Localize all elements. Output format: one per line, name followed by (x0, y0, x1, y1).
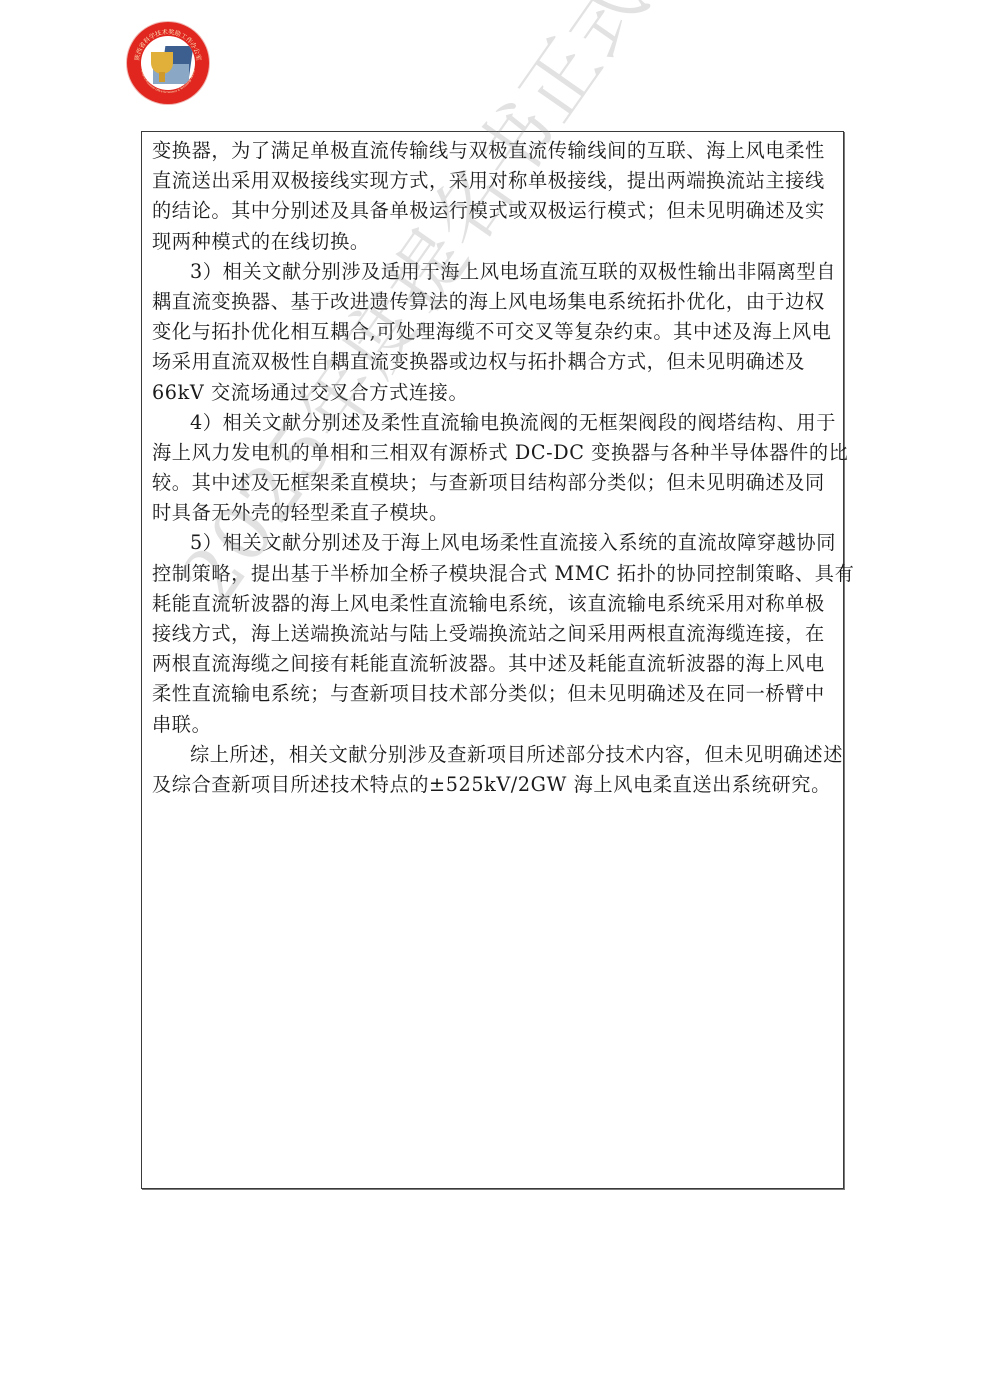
text-line: 现两种模式的在线切换。 (152, 227, 836, 257)
organization-seal: 陕西省科学技术奖励工作办公室 Shaanxi Provincial Office… (127, 22, 209, 104)
text-line: 接线方式，海上送端换流站与陆上受端换流站之间采用两根直流海缆连接，在 (152, 619, 836, 649)
text-line: 时具备无外壳的轻型柔直子模块。 (152, 498, 836, 528)
text-line: 变换器，为了满足单极直流传输线与双极直流传输线间的互联、海上风电柔性 (152, 136, 836, 166)
text-line: 直流送出采用双极接线实现方式，采用对称单极接线，提出两端换流站主接线 (152, 166, 836, 196)
text-line: 耦直流变换器、基于改进遗传算法的海上风电场集电系统拓扑优化，由于边权 (152, 287, 836, 317)
text-line: 两根直流海缆之间接有耗能直流斩波器。其中述及耗能直流斩波器的海上风电 (152, 649, 836, 679)
text-line: 柔性直流输电系统；与查新项目技术部分类似；但未见明确述及在同一桥臂中 (152, 679, 836, 709)
seal-text-top: 陕西省科学技术奖励工作办公室 (133, 28, 203, 61)
seal-text-bottom: Shaanxi Provincial Office for Science & … (140, 69, 196, 94)
text-line: 较。其中述及无框架柔直模块；与查新项目结构部分类似；但未见明确述及同 (152, 468, 836, 498)
text-line: 66kV 交流场通过交叉合方式连接。 (152, 378, 836, 408)
text-line: 控制策略，提出基于半桥加全桥子模块混合式 MMC 拓扑的协同控制策略、具有 (152, 559, 836, 589)
seal-ring-text: 陕西省科学技术奖励工作办公室 Shaanxi Provincial Office… (127, 22, 209, 104)
text-line: 的结论。其中分别述及具备单极运行模式或双极运行模式；但未见明确述及实 (152, 196, 836, 226)
paragraph-3-start: 3）相关文献分别涉及适用于海上风电场直流互联的双极性输出非隔离型自 (152, 257, 836, 287)
paragraph-5-start: 5）相关文献分别述及于海上风电场柔性直流接入系统的直流故障穿越协同 (152, 528, 836, 558)
svg-text:Shaanxi Provincial Office for: Shaanxi Provincial Office for Science & … (140, 69, 196, 94)
summary-paragraph-start: 综上所述，相关文献分别涉及查新项目所述部分技术内容，但未见明确述述 (152, 740, 836, 770)
text-line: 变化与拓扑优化相互耦合,可处理海缆不可交叉等复杂约束。其中述及海上风电 (152, 317, 836, 347)
svg-text:陕西省科学技术奖励工作办公室: 陕西省科学技术奖励工作办公室 (133, 28, 203, 61)
text-line: 串联。 (152, 710, 836, 740)
text-line: 耗能直流斩波器的海上风电柔性直流输电系统，该直流输电系统采用对称单极 (152, 589, 836, 619)
document-body: 变换器，为了满足单极直流传输线与双极直流传输线间的互联、海上风电柔性 直流送出采… (152, 136, 836, 800)
text-line: 及综合查新项目所述技术特点的±525kV/2GW 海上风电柔直送出系统研究。 (152, 770, 836, 800)
text-line: 海上风力发电机的单相和三相双有源桥式 DC-DC 变换器与各种半导体器件的比 (152, 438, 836, 468)
text-line: 场采用直流双极性自耦直流变换器或边权与拓扑耦合方式，但未见明确述及 (152, 347, 836, 377)
paragraph-4-start: 4）相关文献分别述及柔性直流输电换流阀的无框架阀段的阀塔结构、用于 (152, 408, 836, 438)
